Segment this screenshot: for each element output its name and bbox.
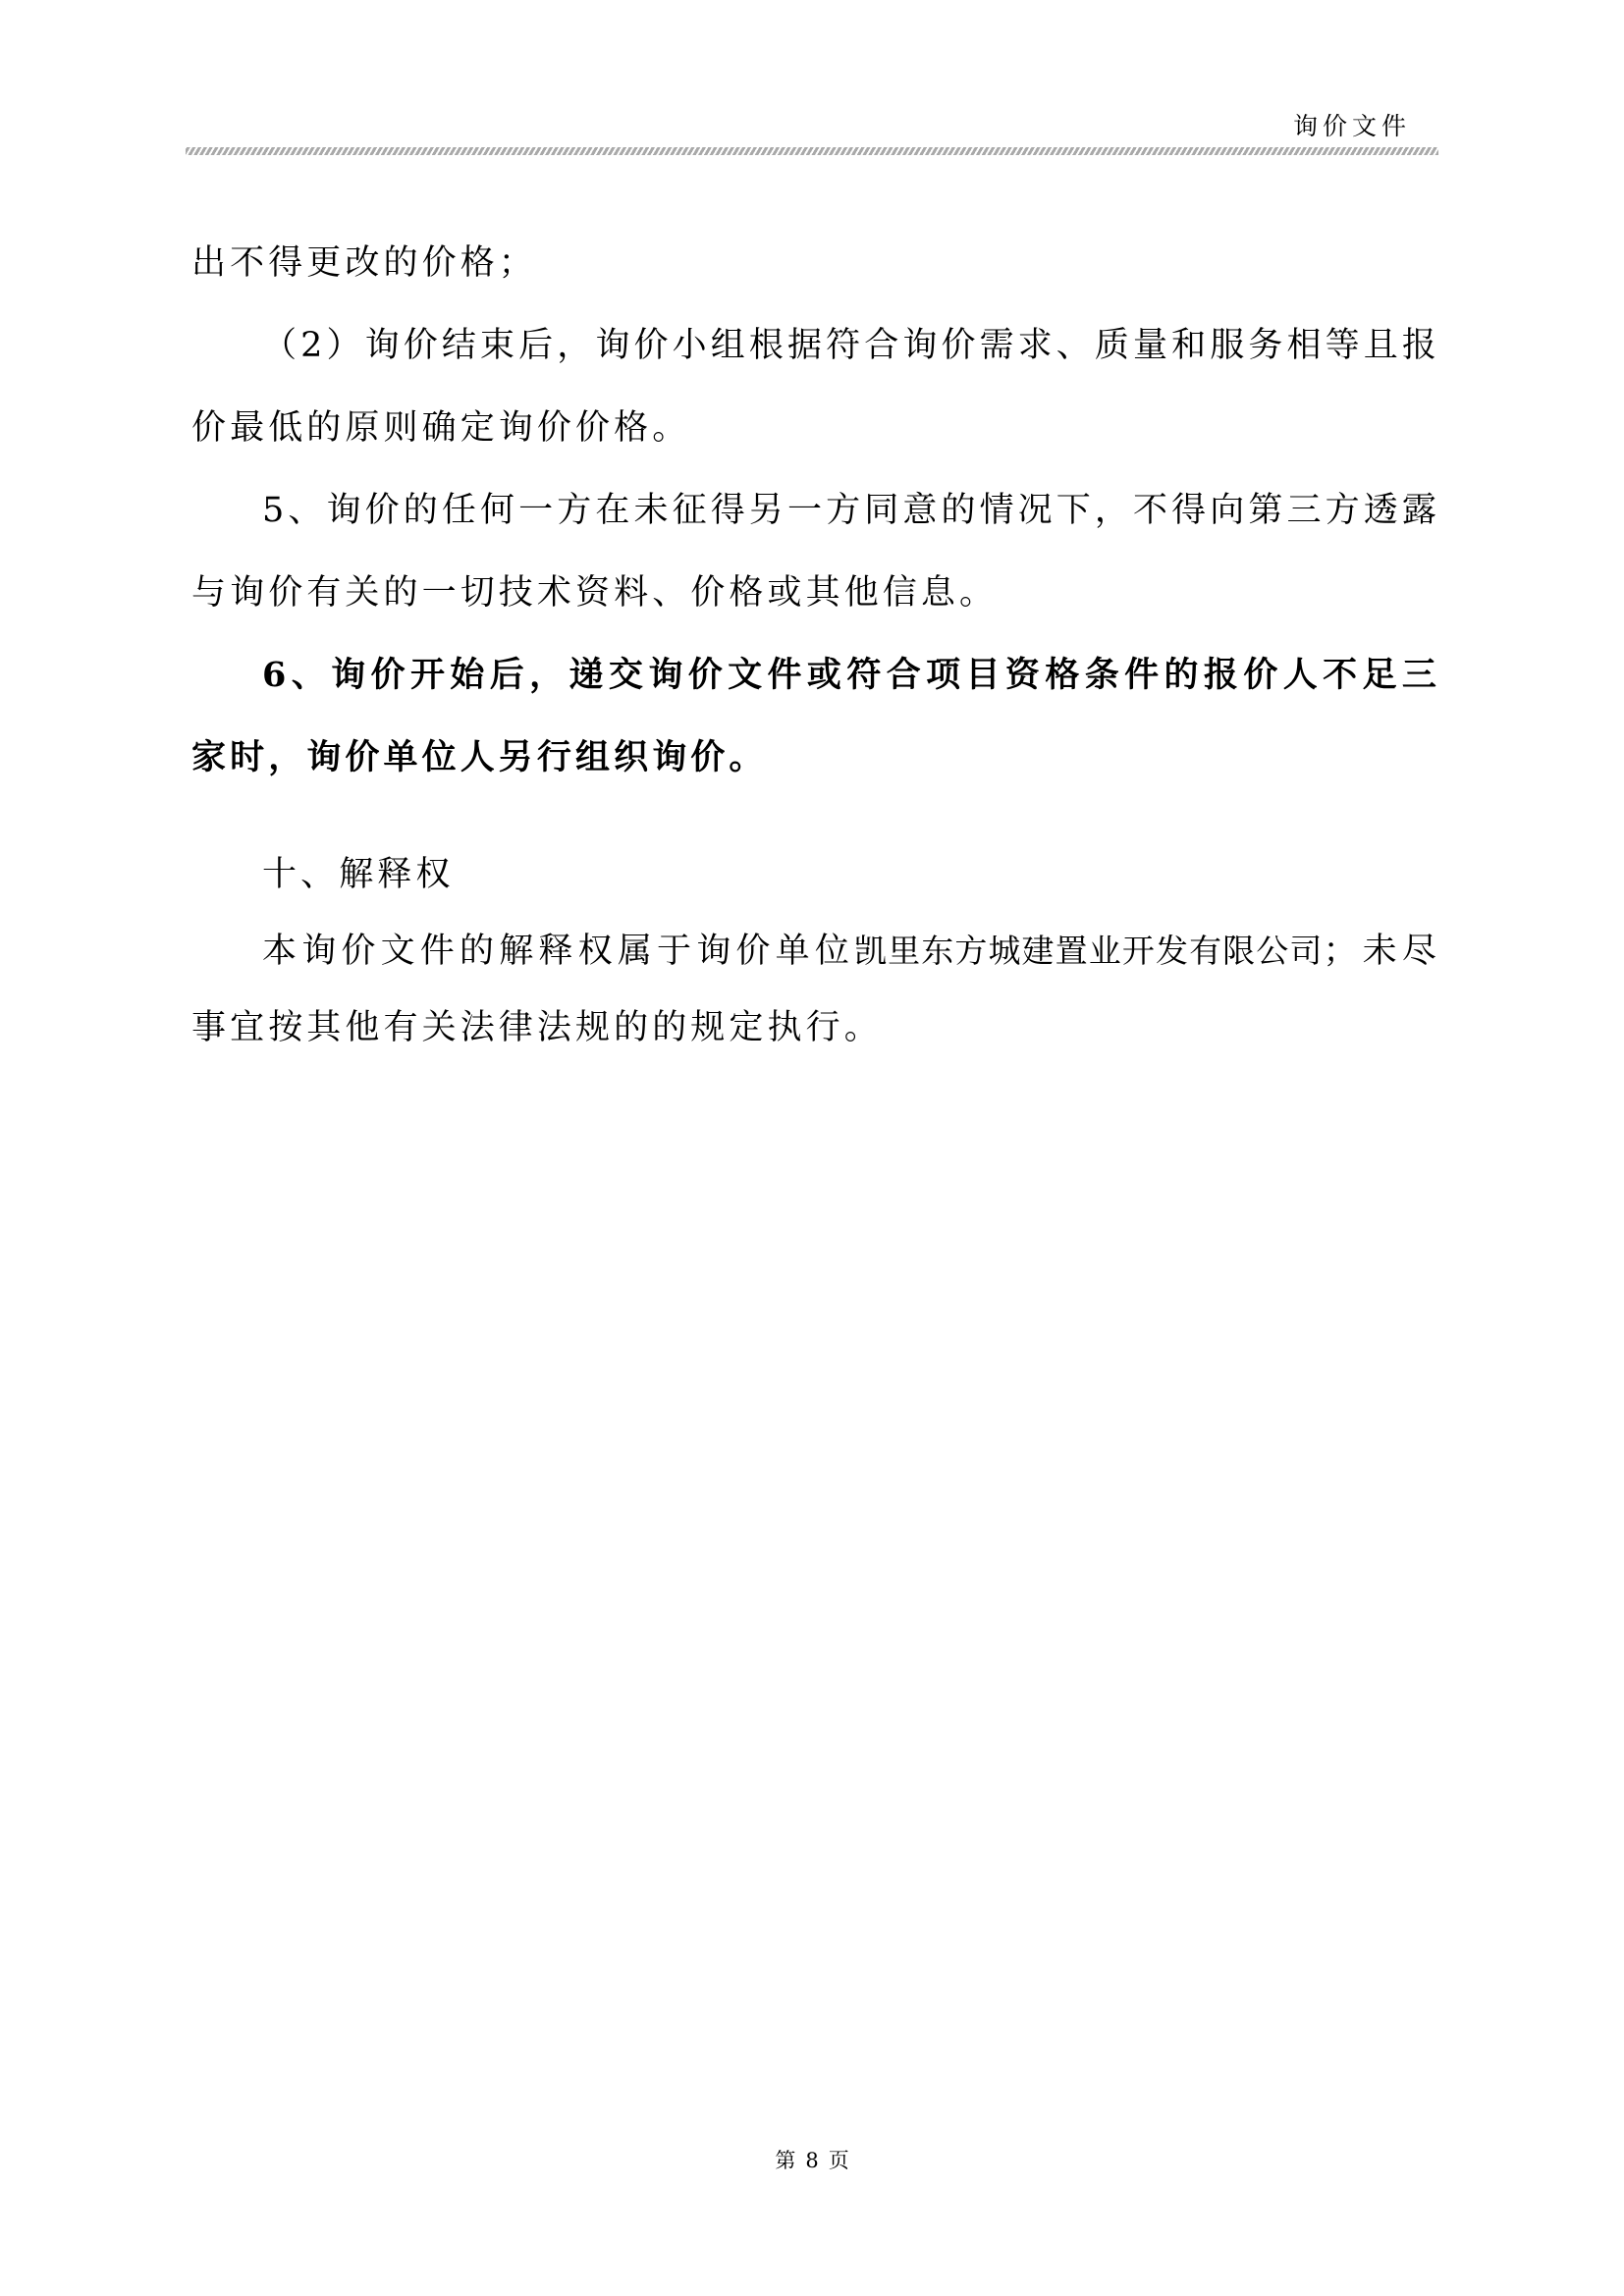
page-label-suffix: 页 <box>829 2149 849 2172</box>
spacer <box>191 799 1440 836</box>
paragraph-item-2: （2）询价结束后，询价小组根据符合询价需求、质量和服务相等且报价最低的原则确定询… <box>191 304 1440 469</box>
document-body: 出不得更改的价格； （2）询价结束后，询价小组根据符合询价需求、质量和服务相等且… <box>191 222 1440 1066</box>
section-heading-interpretation: 十、解释权 <box>191 836 1440 913</box>
company-name: 凯里东方城建置业开发有限公司 <box>854 932 1323 970</box>
page-footer: 第8页 <box>0 2146 1624 2175</box>
paragraph-item-5: 5、询价的任何一方在未征得另一方同意的情况下，不得向第三方透露与询价有关的一切技… <box>191 469 1440 634</box>
page-label-prefix: 第 <box>775 2149 795 2172</box>
header-divider <box>186 147 1438 155</box>
interpretation-text-before: 本询价文件的解释权属于询价单位 <box>262 932 854 971</box>
page-header: 询价文件 <box>186 106 1438 155</box>
paragraph-item-6: 6、询价开始后，递交询价文件或符合项目资格条件的报价人不足三家时，询价单位人另行… <box>191 634 1440 799</box>
page-number: 8 <box>805 2149 818 2172</box>
header-title: 询价文件 <box>1293 112 1411 141</box>
paragraph-continuation: 出不得更改的价格； <box>191 222 1440 304</box>
paragraph-interpretation: 本询价文件的解释权属于询价单位凯里东方城建置业开发有限公司；未尽事宜按其他有关法… <box>191 913 1440 1066</box>
